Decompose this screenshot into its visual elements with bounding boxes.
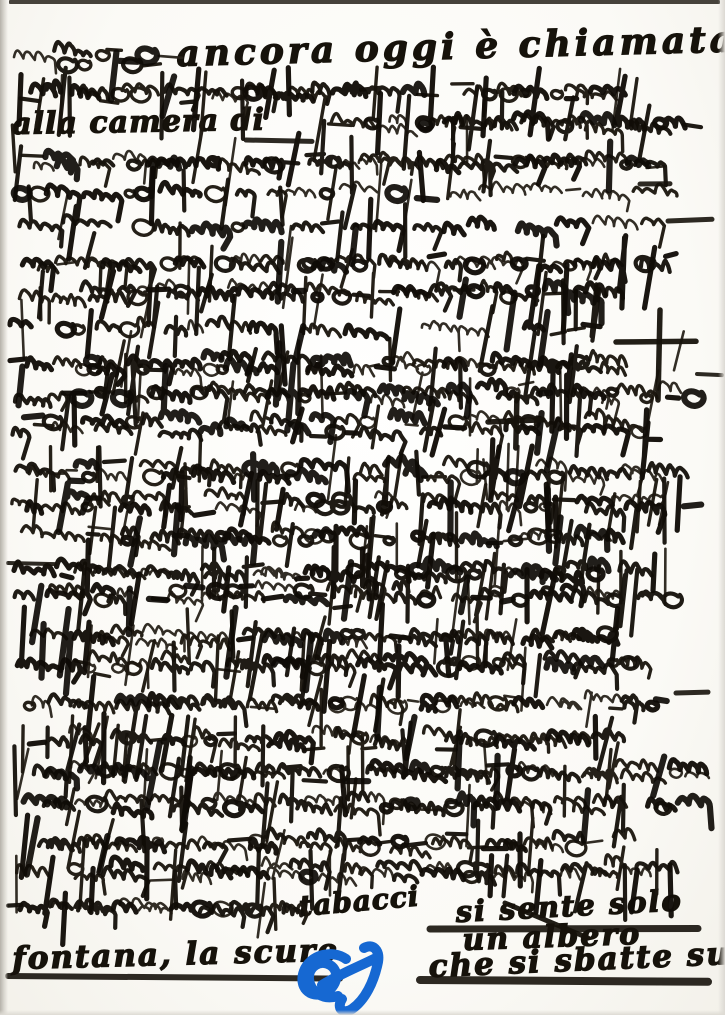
handwriting-ink-layer [0, 0, 725, 1015]
scan-edge-bottom [0, 1010, 725, 1015]
scanned-page: ancora oggi è chiamata alla camera di ta… [0, 0, 725, 1015]
scan-edge-left [0, 0, 8, 1015]
scan-edge-top [9, 0, 720, 4]
blue-monogram-signature [302, 946, 378, 1011]
illegible-handwriting [8, 42, 712, 944]
scan-edge-right [718, 0, 725, 1015]
